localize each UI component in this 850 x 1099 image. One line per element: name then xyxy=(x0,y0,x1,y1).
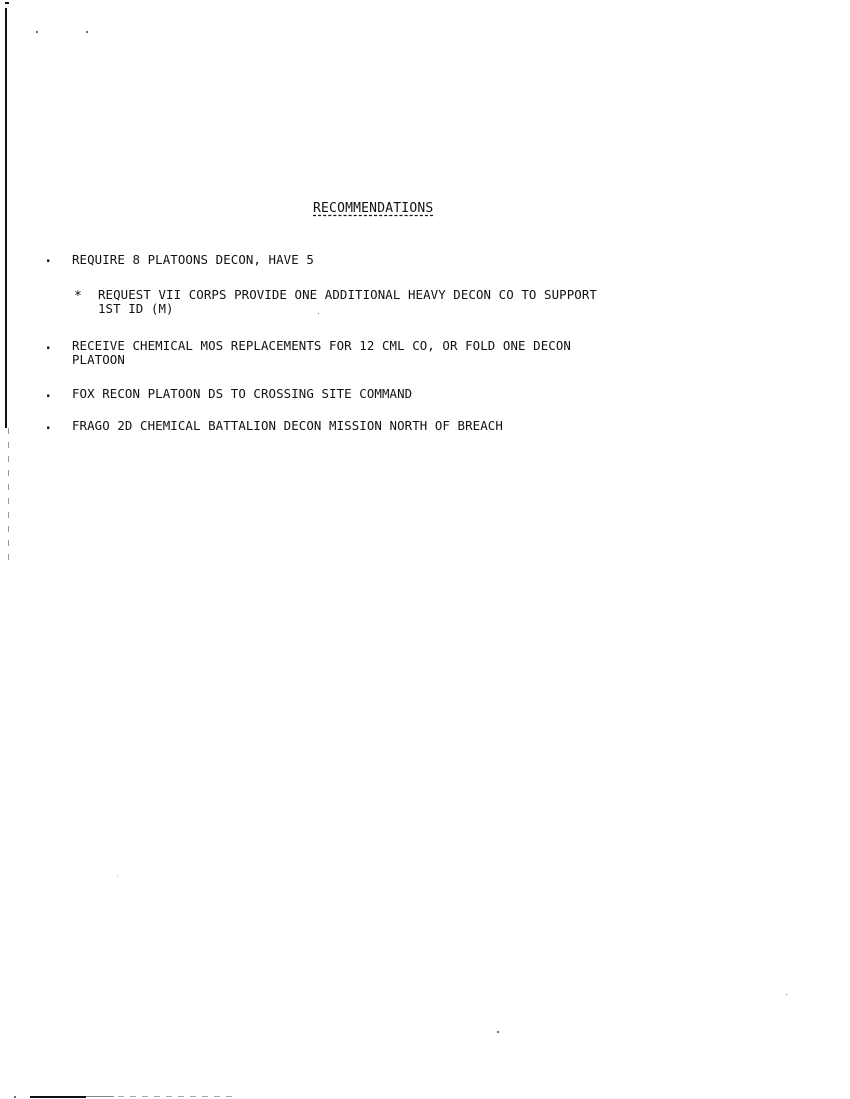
scan-speck xyxy=(786,994,787,995)
scan-speck xyxy=(86,31,88,33)
page-title: RECOMMENDATIONS xyxy=(313,201,433,216)
bottom-dashes xyxy=(118,1096,238,1097)
scan-speck xyxy=(117,876,118,877)
bullet-marker: . xyxy=(44,418,52,432)
bottom-rule xyxy=(30,1096,86,1098)
scan-speck xyxy=(14,1096,16,1098)
asterisk-marker: * xyxy=(74,290,82,304)
list-item: REQUIRE 8 PLATOONS DECON, HAVE 5 xyxy=(72,253,672,267)
sub-list-item-line: 1ST ID (M) xyxy=(98,302,678,316)
bullet-marker: . xyxy=(44,386,52,400)
list-item-line: RECEIVE CHEMICAL MOS REPLACEMENTS FOR 12… xyxy=(72,339,672,353)
scan-speck xyxy=(497,1031,499,1033)
scan-edge-line xyxy=(5,8,7,428)
scan-speck xyxy=(36,31,38,33)
scan-edge-line-faint xyxy=(8,428,9,568)
bullet-marker: . xyxy=(44,338,52,352)
bullet-marker: . xyxy=(44,251,52,265)
list-item: FRAGO 2D CHEMICAL BATTALION DECON MISSIO… xyxy=(72,419,672,433)
sub-list-item-line: REQUEST VII CORPS PROVIDE ONE ADDITIONAL… xyxy=(98,288,678,302)
bottom-rule-faint xyxy=(86,1096,114,1097)
list-item: FOX RECON PLATOON DS TO CROSSING SITE CO… xyxy=(72,387,672,401)
list-item-line: PLATOON xyxy=(72,353,672,367)
scan-edge-mark xyxy=(5,2,9,4)
